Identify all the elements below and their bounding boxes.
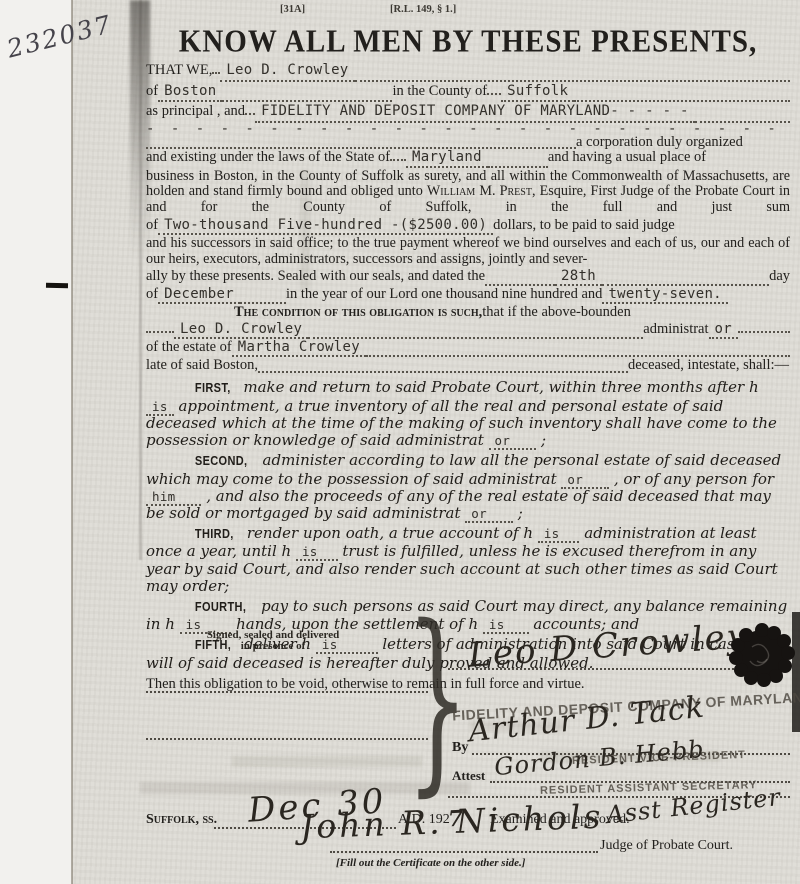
month-fill: December (158, 286, 240, 304)
dated-line: ally by these presents. Sealed with our … (146, 268, 790, 286)
day-label: day (769, 268, 790, 284)
county-label: in the County of (392, 82, 487, 101)
principal-line: THAT WE,Leo D. Crowley (146, 61, 790, 82)
dated-pre: ally by these presents. Sealed with our … (146, 268, 485, 284)
corporation-text: a corporation duly organized (576, 136, 743, 149)
clause-first-lead: First, (172, 380, 231, 397)
clause-third-lead: Third, (172, 526, 234, 543)
as-principal-label: as principal , and (146, 102, 245, 121)
sum-line: ofTwo-thousand Five-hundred -($2500.00)d… (146, 217, 790, 235)
obligation-paragraph: business in Boston, in the County of Suf… (146, 169, 790, 216)
surety-name-fill: FIDELITY AND DEPOSIT COMPANY OF MARYLAND… (255, 102, 695, 123)
successors-text: and his successors in said office; to th… (146, 235, 790, 267)
attest-label: Attest (452, 768, 485, 784)
clause-second: Second, administer according to law all … (146, 452, 790, 522)
venue-label: Suffolk, ss. (146, 812, 217, 828)
condition-line: The condition of this obligation is such… (146, 304, 790, 321)
estate-line: of the estate ofMartha Crowley (146, 339, 790, 357)
year-line: ofDecemberin the year of our Lord one th… (146, 286, 790, 304)
registry-ink-dash (46, 283, 68, 288)
state-line: and existing under the laws of the State… (146, 149, 790, 168)
administrat-or-fill: or (709, 321, 738, 339)
year-fill: twenty-seven. (602, 286, 727, 304)
in-presence-label: in presence of (200, 641, 346, 652)
late-of-line: late of said Boston,deceased, intestate,… (146, 357, 790, 373)
by-label: By (452, 740, 468, 756)
judge-title: Judge of Probate Court. (600, 838, 733, 854)
surety-line: as principal , andFIDELITY AND DEPOSIT C… (146, 102, 790, 123)
sum-fill: Two-thousand Five-hundred -($2500.00) (158, 217, 493, 235)
administrat-label: administrat (643, 321, 708, 337)
administrator-name-fill: Leo D. Crowley (174, 321, 308, 339)
document-title: KNOW ALL MEN BY THESE PRESENTS, (146, 25, 790, 61)
statute-reference: [R.L. 149, § 1.] (390, 4, 456, 15)
certificate-footnote: [Fill out the Certificate on the other s… (336, 857, 525, 869)
ink-showthrough-smudge (232, 756, 422, 767)
late-label: late of said Boston, (146, 357, 258, 373)
scanned-probate-bond-document: [31A] [R.L. 149, § 1.] 232037 KNOW ALL M… (0, 0, 800, 884)
county-fill: Suffolk (501, 82, 574, 103)
month-of-label: of (146, 286, 158, 302)
state-fill: Maryland (406, 149, 488, 168)
clause-fourth-lead: Fourth, (172, 599, 246, 616)
city-fill: Boston (158, 82, 222, 103)
of-label: of (146, 82, 158, 101)
witness-line-1 (146, 690, 428, 693)
sum-post: dollars, to be paid to said judge (493, 217, 675, 233)
that-we-label: THAT WE, (146, 61, 212, 80)
corporate-seal (727, 621, 797, 696)
form-reference: [31A] (280, 4, 305, 15)
administrator-line: Leo D. Crowleyadministrator (146, 321, 790, 339)
judge-signature-line (330, 850, 598, 853)
condition-rest: that if the above-bounden (482, 304, 631, 321)
fold-crease-line (139, 0, 142, 560)
witness-block-label: Signed, sealed and delivered in presence… (200, 630, 346, 652)
late-post: deceased, intestate, shall:— (628, 357, 789, 373)
year-pre: in the year of our Lord one thousand nin… (286, 286, 603, 302)
clause-first: First, make and return to said Probate C… (146, 379, 790, 449)
judge-name: William M. Prest (427, 183, 532, 199)
city-county-line: ofBostonin the County ofSuffolk (146, 82, 790, 103)
principal-name-fill: Leo D. Crowley (220, 61, 354, 82)
sum-of-label: of (146, 217, 158, 233)
successors-paragraph: and his successors in said office; to th… (146, 236, 790, 268)
day-fill: 28th (555, 268, 602, 286)
page-edge-line (71, 0, 73, 884)
state-pre: and existing under the laws of the State… (146, 149, 390, 166)
estate-label: of the estate of (146, 339, 232, 355)
clause-second-lead: Second, (172, 453, 247, 470)
scan-left-margin (0, 0, 72, 884)
witness-line-2 (146, 737, 428, 740)
decedent-name-fill: Martha Crowley (232, 339, 366, 357)
state-post: and having a usual place of (548, 149, 706, 166)
condition-lead: The condition of this obligation is such… (234, 304, 482, 321)
corporation-line: a corporation duly organized (146, 136, 790, 149)
